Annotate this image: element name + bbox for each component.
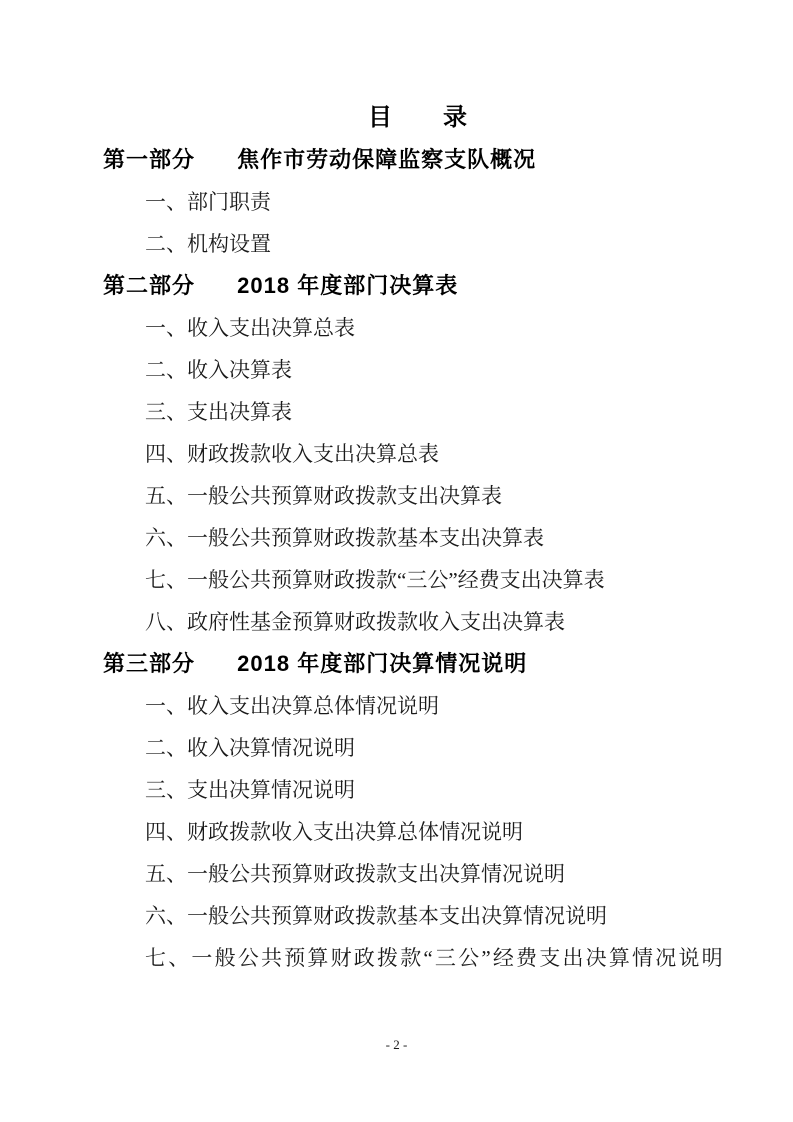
page-number: - 2 - [0, 1031, 793, 1059]
toc-content: 目 录 第一部分 焦作市劳动保障监察支队概况 一、部门职责 二、机构设置 第二部… [103, 97, 733, 979]
section-title: 焦作市劳动保障监察支队概况 [237, 147, 536, 172]
document-page: 目 录 第一部分 焦作市劳动保障监察支队概况 一、部门职责 二、机构设置 第二部… [0, 0, 793, 1122]
toc-item: 三、支出决算表 [103, 391, 733, 433]
section-label: 第二部分 [103, 273, 195, 298]
toc-item: 六、一般公共预算财政拨款基本支出决算情况说明 [103, 895, 733, 937]
toc-item: 八、政府性基金预算财政拨款收入支出决算表 [103, 601, 733, 643]
toc-item: 六、一般公共预算财政拨款基本支出决算表 [103, 517, 733, 559]
toc-item: 二、机构设置 [103, 223, 733, 265]
page-title: 目 录 [103, 97, 733, 139]
section-heading-3: 第三部分 2018 年度部门决算情况说明 [103, 643, 733, 685]
section-title: 2018 年度部门决算表 [237, 273, 458, 298]
section-label: 第一部分 [103, 147, 195, 172]
toc-item: 四、财政拨款收入支出决算总表 [103, 433, 733, 475]
toc-item: 五、一般公共预算财政拨款支出决算情况说明 [103, 853, 733, 895]
toc-item: 一、收入支出决算总体情况说明 [103, 685, 733, 727]
toc-item: 二、收入决算表 [103, 349, 733, 391]
toc-item: 七、一般公共预算财政拨款“三公”经费支出决算表 [103, 559, 733, 601]
section-title: 2018 年度部门决算情况说明 [237, 651, 527, 676]
toc-item: 四、财政拨款收入支出决算总体情况说明 [103, 811, 733, 853]
toc-item: 一、部门职责 [103, 181, 733, 223]
section-label: 第三部分 [103, 651, 195, 676]
toc-item: 七、一般公共预算财政拨款“三公”经费支出决算情况说明 [103, 937, 733, 979]
toc-item: 一、收入支出决算总表 [103, 307, 733, 349]
toc-item: 三、支出决算情况说明 [103, 769, 733, 811]
toc-item: 二、收入决算情况说明 [103, 727, 733, 769]
section-heading-2: 第二部分 2018 年度部门决算表 [103, 265, 733, 307]
section-heading-1: 第一部分 焦作市劳动保障监察支队概况 [103, 139, 733, 181]
toc-item: 五、一般公共预算财政拨款支出决算表 [103, 475, 733, 517]
